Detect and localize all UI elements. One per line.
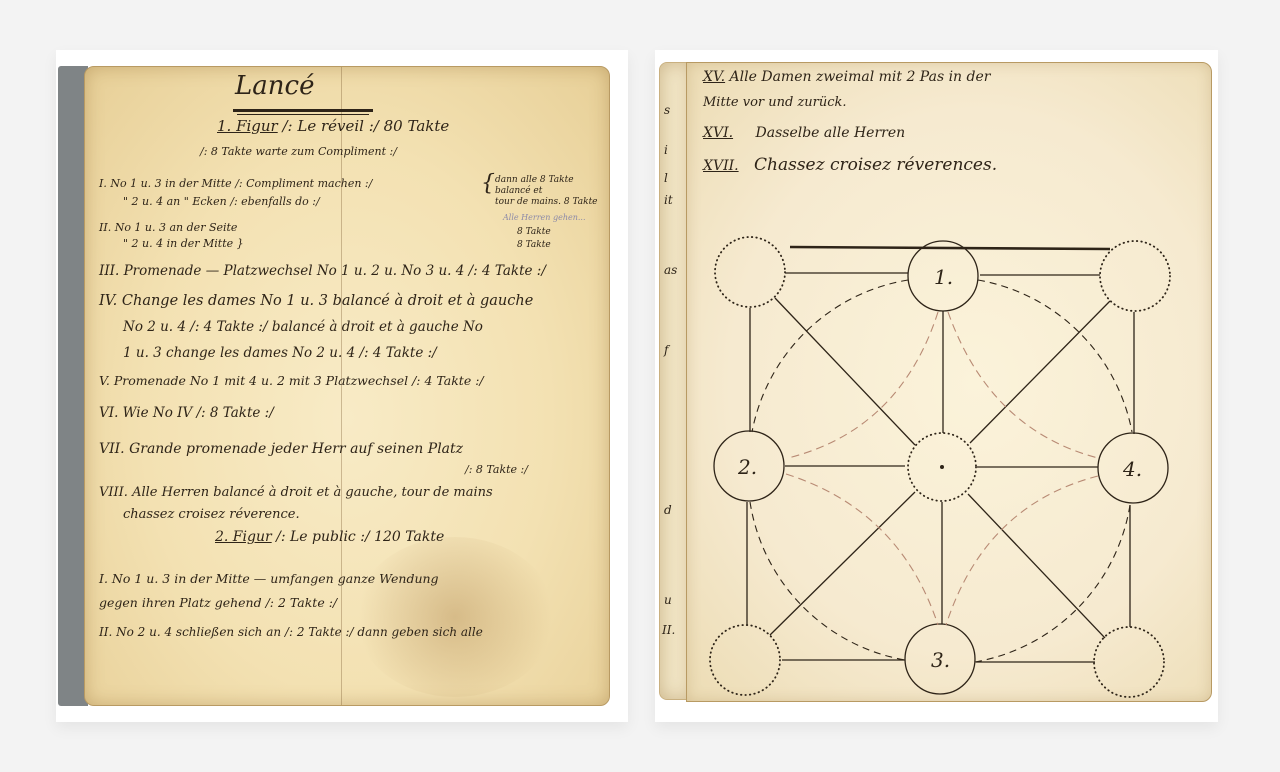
position-2-label: 2.	[737, 455, 757, 479]
position-1-label: 1.	[934, 265, 953, 289]
position-3-label: 3.	[931, 648, 950, 672]
dance-formation-diagram: 1. 2. 3. 4.	[0, 0, 1280, 772]
center-point-icon	[940, 465, 944, 469]
position-4-label: 4.	[1122, 457, 1142, 481]
